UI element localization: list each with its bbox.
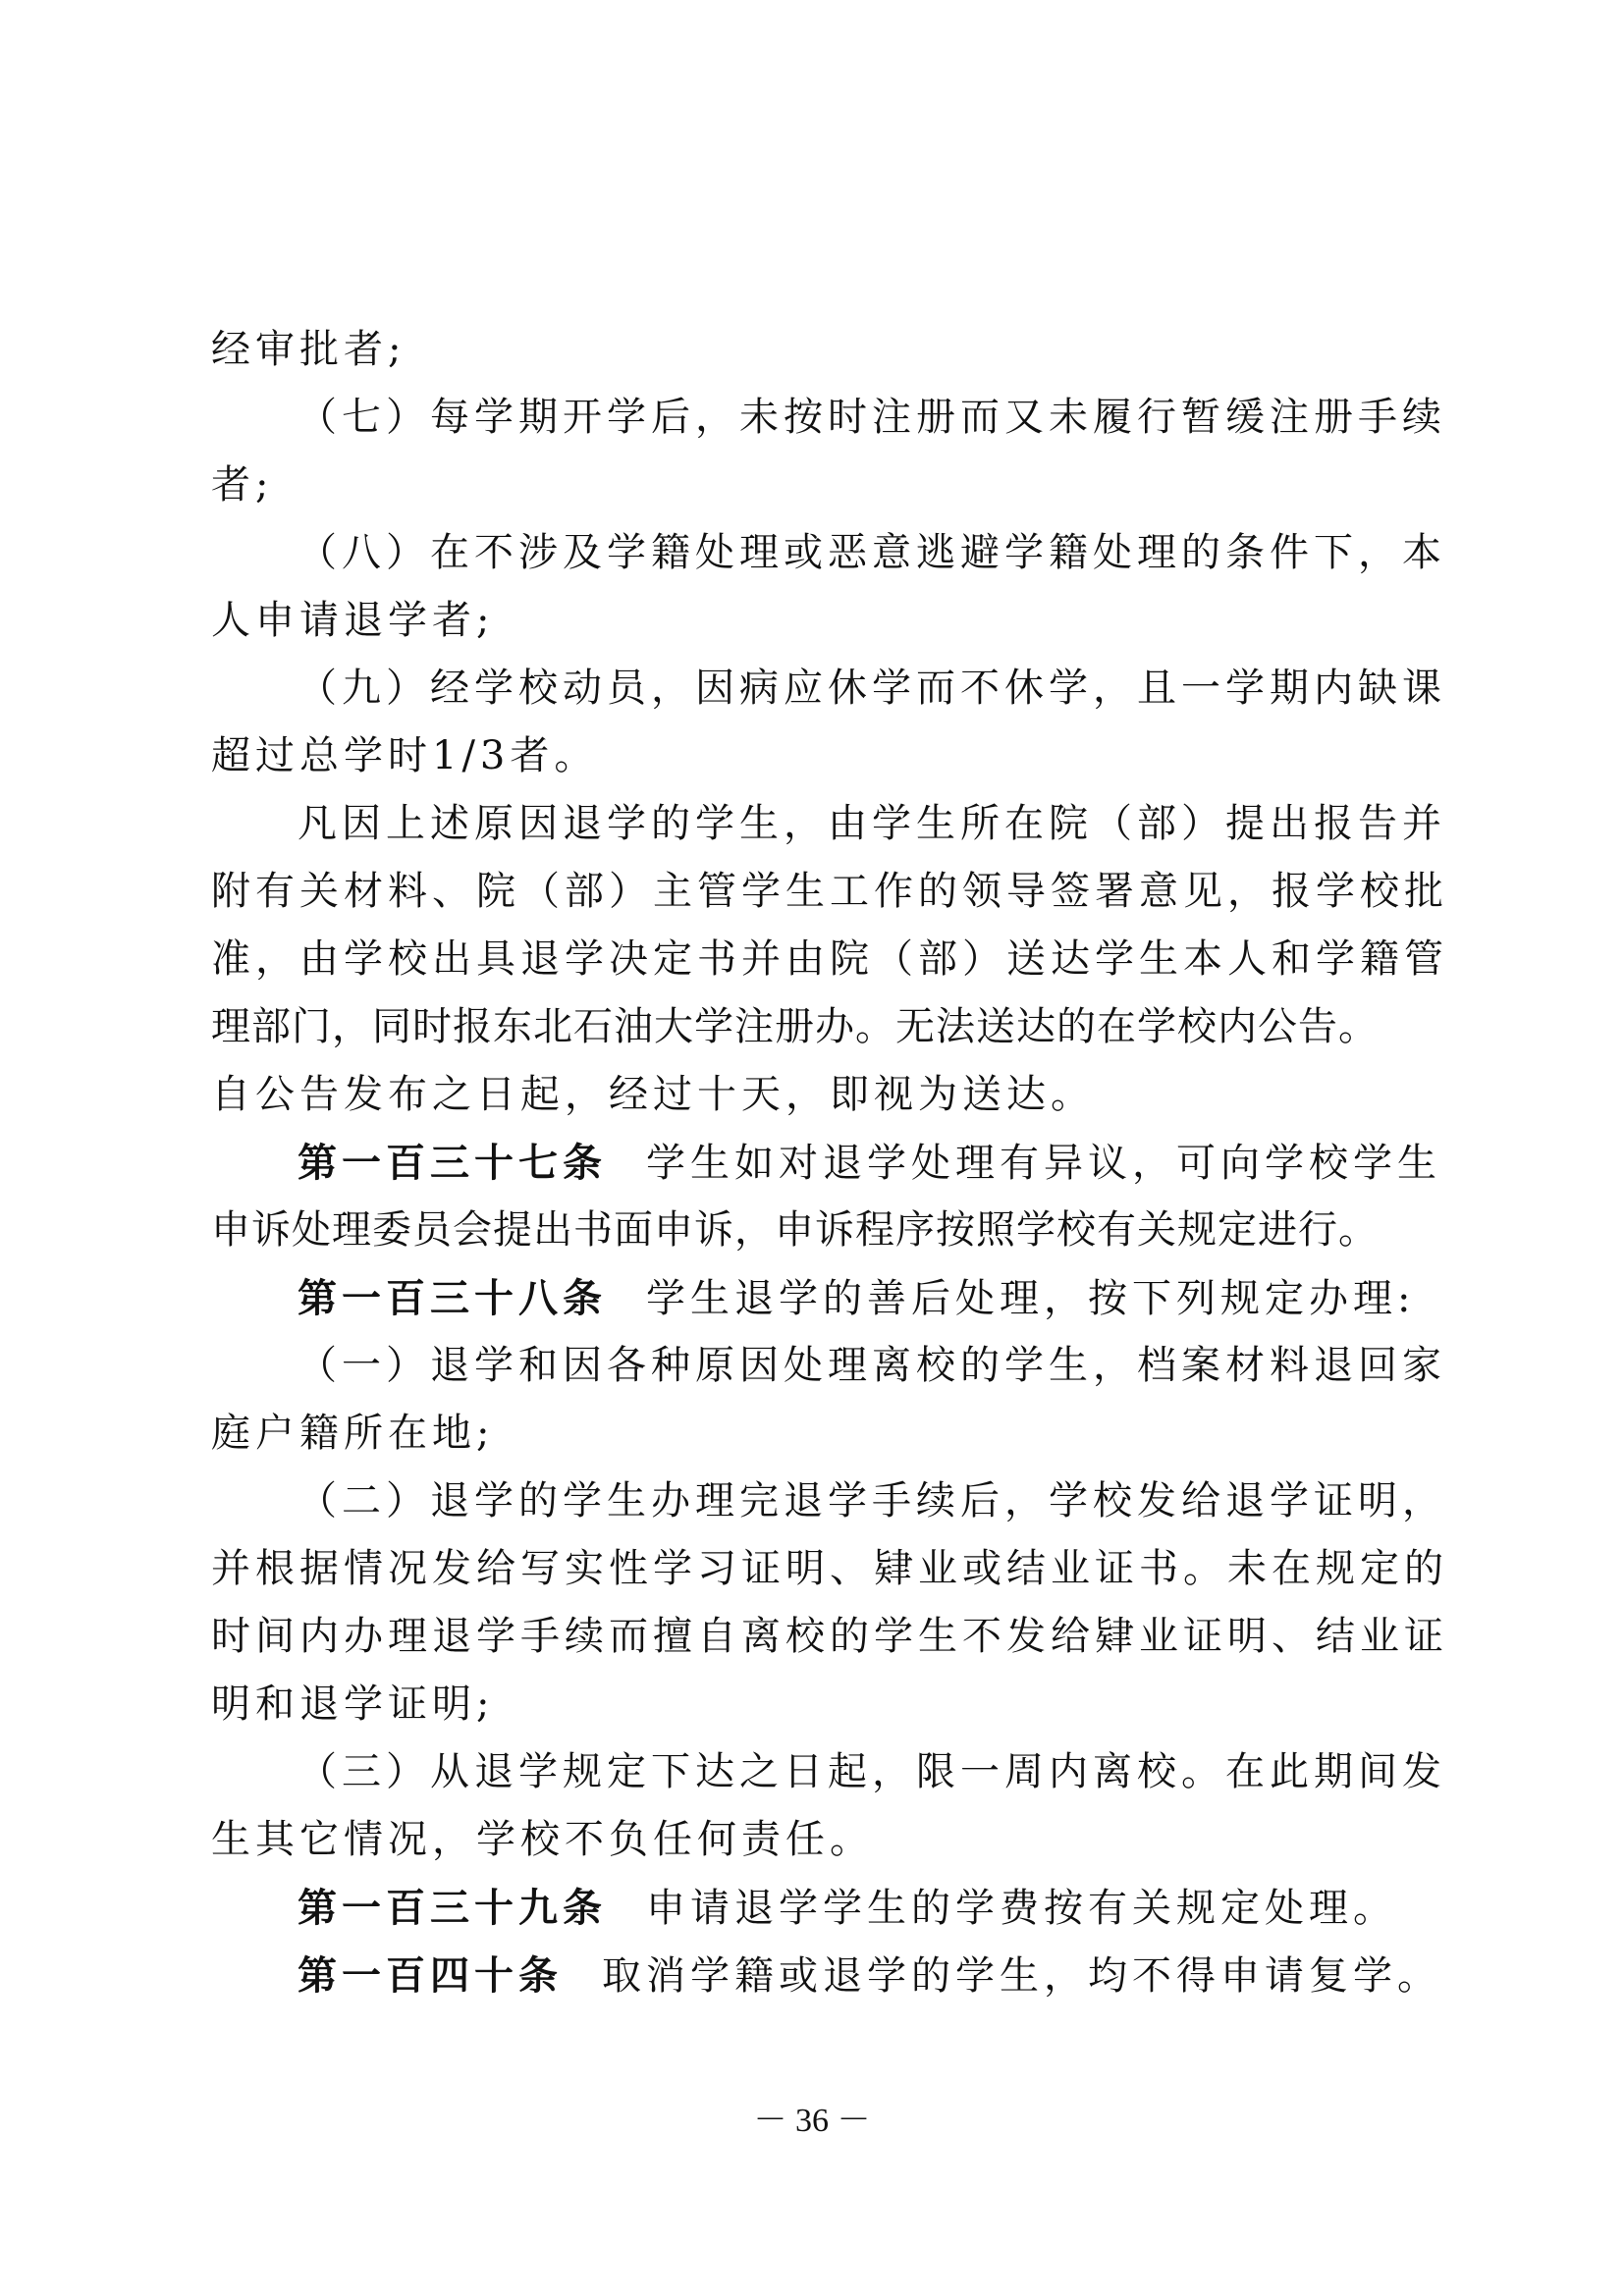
text-line: 生其它情况，学校不负任何责任。 [211, 1806, 1448, 1874]
paragraph-start: 凡因上述原因退学的学生，由学生所在院（部）提出报告并 [211, 790, 1448, 858]
text-line: 并根据情况发给写实性学习证明、肄业或结业证书。未在规定的 [211, 1535, 1448, 1603]
text-line: 准，由学校出具退学决定书并由院（部）送达学生本人和学籍管 [211, 926, 1448, 993]
item-2: （二）退学的学生办理完退学手续后，学校发给退学证明， [211, 1468, 1448, 1535]
item-3: （三）从退学规定下达之日起，限一周内离校。在此期间发 [211, 1738, 1448, 1806]
article-138: 第一百三十八条学生退学的善后处理，按下列规定办理: [211, 1264, 1448, 1332]
text-line: 自公告发布之日起，经过十天，即视为送达。 [211, 1061, 1448, 1129]
text-line: 理部门，同时报东北石油大学注册办。无法送达的在学校内公告。 [211, 993, 1448, 1061]
article-138-text: 学生退学的善后处理，按下列规定办理: [646, 1276, 1415, 1321]
document-page: 经审批者; （七）每学期开学后，未按时注册而又未履行暂缓注册手续 者; （八）在… [0, 0, 1624, 2296]
text-line: 者; [211, 452, 1448, 519]
text-line: 时间内办理退学手续而擅自离校的学生不发给肄业证明、结业证 [211, 1603, 1448, 1671]
text-line: 附有关材料、院（部）主管学生工作的领导签署意见，报学校批 [211, 858, 1448, 926]
article-138-heading: 第一百三十八条 [298, 1275, 607, 1321]
article-140-text: 取消学籍或退学的学生，均不得申请复学。 [602, 1953, 1441, 1999]
clause-9: （九）经学校动员，因病应休学而不休学，且一学期内缺课 [211, 655, 1448, 722]
article-139: 第一百三十九条申请退学学生的学费按有关规定处理。 [211, 1874, 1448, 1942]
article-140-heading: 第一百四十条 [298, 1952, 563, 1999]
text-line: 庭户籍所在地; [211, 1400, 1448, 1468]
text-line: 超过总学时1/3者。 [211, 722, 1448, 790]
clause-7: （七）每学期开学后，未按时注册而又未履行暂缓注册手续 [211, 384, 1448, 452]
article-137-continuation: 申诉处理委员会提出书面申诉，申诉程序按照学校有关规定进行。 [211, 1197, 1448, 1264]
article-137: 第一百三十七条学生如对退学处理有异议，可向学校学生 [211, 1129, 1448, 1197]
body-text: 经审批者; （七）每学期开学后，未按时注册而又未履行暂缓注册手续 者; （八）在… [211, 316, 1448, 2009]
page-number: － 36 － [0, 2093, 1624, 2141]
article-139-heading: 第一百三十九条 [298, 1885, 607, 1931]
article-140: 第一百四十条取消学籍或退学的学生，均不得申请复学。 [211, 1942, 1448, 2009]
clause-8: （八）在不涉及学籍处理或恶意逃避学籍处理的条件下，本 [211, 519, 1448, 587]
article-137-text: 学生如对退学处理有异议，可向学校学生 [646, 1141, 1441, 1186]
text-line: 经审批者; [211, 316, 1448, 384]
text-line: 明和退学证明; [211, 1671, 1448, 1738]
item-1: （一）退学和因各种原因处理离校的学生，档案材料退回家 [211, 1332, 1448, 1400]
article-139-text: 申请退学学生的学费按有关规定处理。 [646, 1886, 1397, 1931]
article-137-heading: 第一百三十七条 [298, 1140, 607, 1186]
text-line: 人申请退学者; [211, 587, 1448, 655]
